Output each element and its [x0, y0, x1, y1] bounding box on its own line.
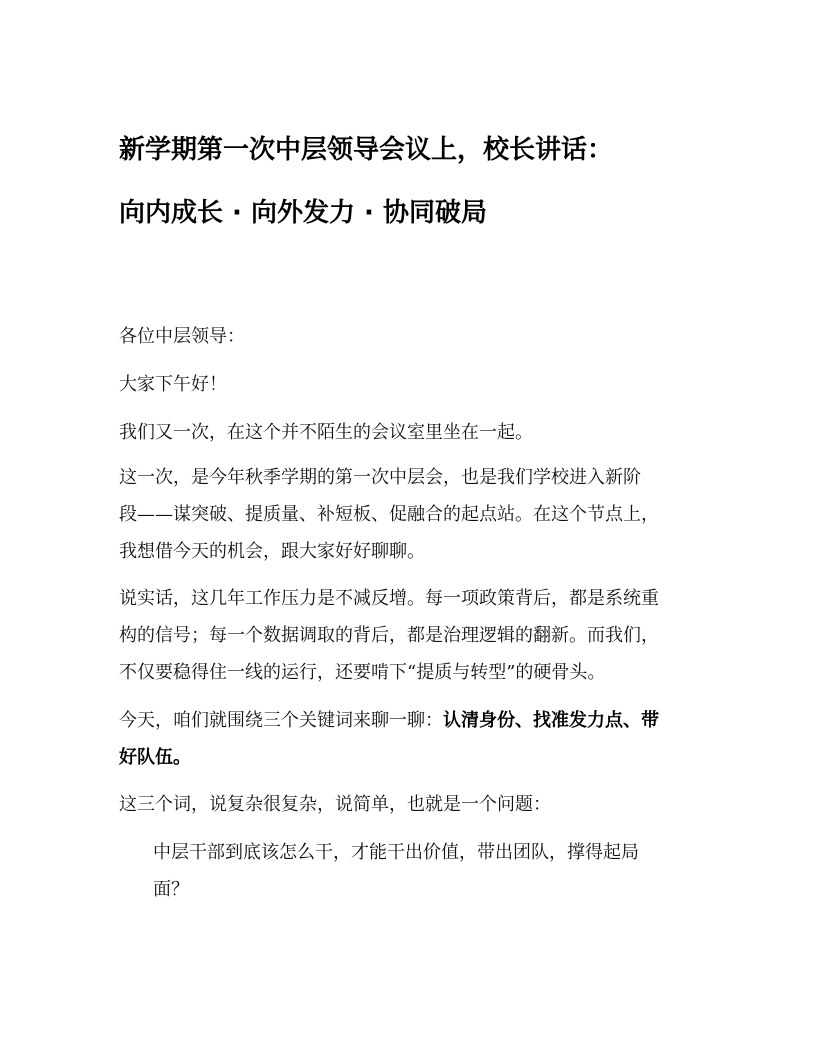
document-title-line-1: 新学期第一次中层领导会议上，校长讲话：: [119, 135, 613, 165]
paragraph-line: 大家下午好！: [119, 366, 227, 403]
keywords-bold-text-continued: 好队伍。: [119, 747, 191, 768]
document-title-line-2: 向内成长 · 向外发力 · 协同破局: [119, 198, 487, 228]
paragraph-line: 不仅要稳得住一线的运行，还要啃下“提质与转型”的硬骨头。: [119, 654, 659, 691]
question-intro-paragraph: 这三个词，说复杂很复杂，说简单，也就是一个问题：: [119, 786, 551, 823]
salutation-paragraph: 各位中层领导：: [119, 318, 245, 355]
paragraph-line: 今天，咱们就围绕三个关键词来聊一聊：认清身份、找准发力点、带: [119, 702, 659, 739]
paragraph-line: 说实话，这几年工作压力是不减反增。每一项政策背后，都是系统重: [119, 580, 659, 617]
context-paragraph: 这一次，是今年秋季学期的第一次中层会，也是我们学校进入新阶 段——谋突破、提质量…: [119, 459, 659, 570]
paragraph-line: 中层干部到底该怎么干，才能干出价值，带出团队，撑得起局: [153, 834, 639, 871]
paragraph-line: 我想借今天的机会，跟大家好好聊聊。: [119, 533, 659, 570]
paragraph-line: 这一次，是今年秋季学期的第一次中层会，也是我们学校进入新阶: [119, 459, 659, 496]
keywords-intro-text: 今天，咱们就围绕三个关键词来聊一聊：: [119, 710, 443, 731]
opening-paragraph: 我们又一次，在这个并不陌生的会议室里坐在一起。: [119, 414, 533, 451]
paragraph-line: 构的信号；每一个数据调取的背后，都是治理逻辑的翻新。而我们，: [119, 617, 659, 654]
paragraph-line: 我们又一次，在这个并不陌生的会议室里坐在一起。: [119, 414, 533, 451]
paragraph-line: 好队伍。: [119, 739, 659, 776]
keywords-bold-text: 认清身份、找准发力点、带: [443, 710, 659, 731]
greeting-paragraph: 大家下午好！: [119, 366, 227, 403]
keywords-paragraph: 今天，咱们就围绕三个关键词来聊一聊：认清身份、找准发力点、带 好队伍。: [119, 702, 659, 776]
key-question-paragraph: 中层干部到底该怎么干，才能干出价值，带出团队，撑得起局 面？: [153, 834, 639, 908]
paragraph-line: 段——谋突破、提质量、补短板、促融合的起点站。在这个节点上，: [119, 496, 659, 533]
paragraph-line: 各位中层领导：: [119, 318, 245, 355]
pressure-paragraph: 说实话，这几年工作压力是不减反增。每一项政策背后，都是系统重 构的信号；每一个数…: [119, 580, 659, 691]
paragraph-line: 这三个词，说复杂很复杂，说简单，也就是一个问题：: [119, 786, 551, 823]
document-page: 新学期第一次中层领导会议上，校长讲话： 向内成长 · 向外发力 · 协同破局 各…: [0, 0, 816, 1056]
paragraph-line: 面？: [153, 871, 639, 908]
